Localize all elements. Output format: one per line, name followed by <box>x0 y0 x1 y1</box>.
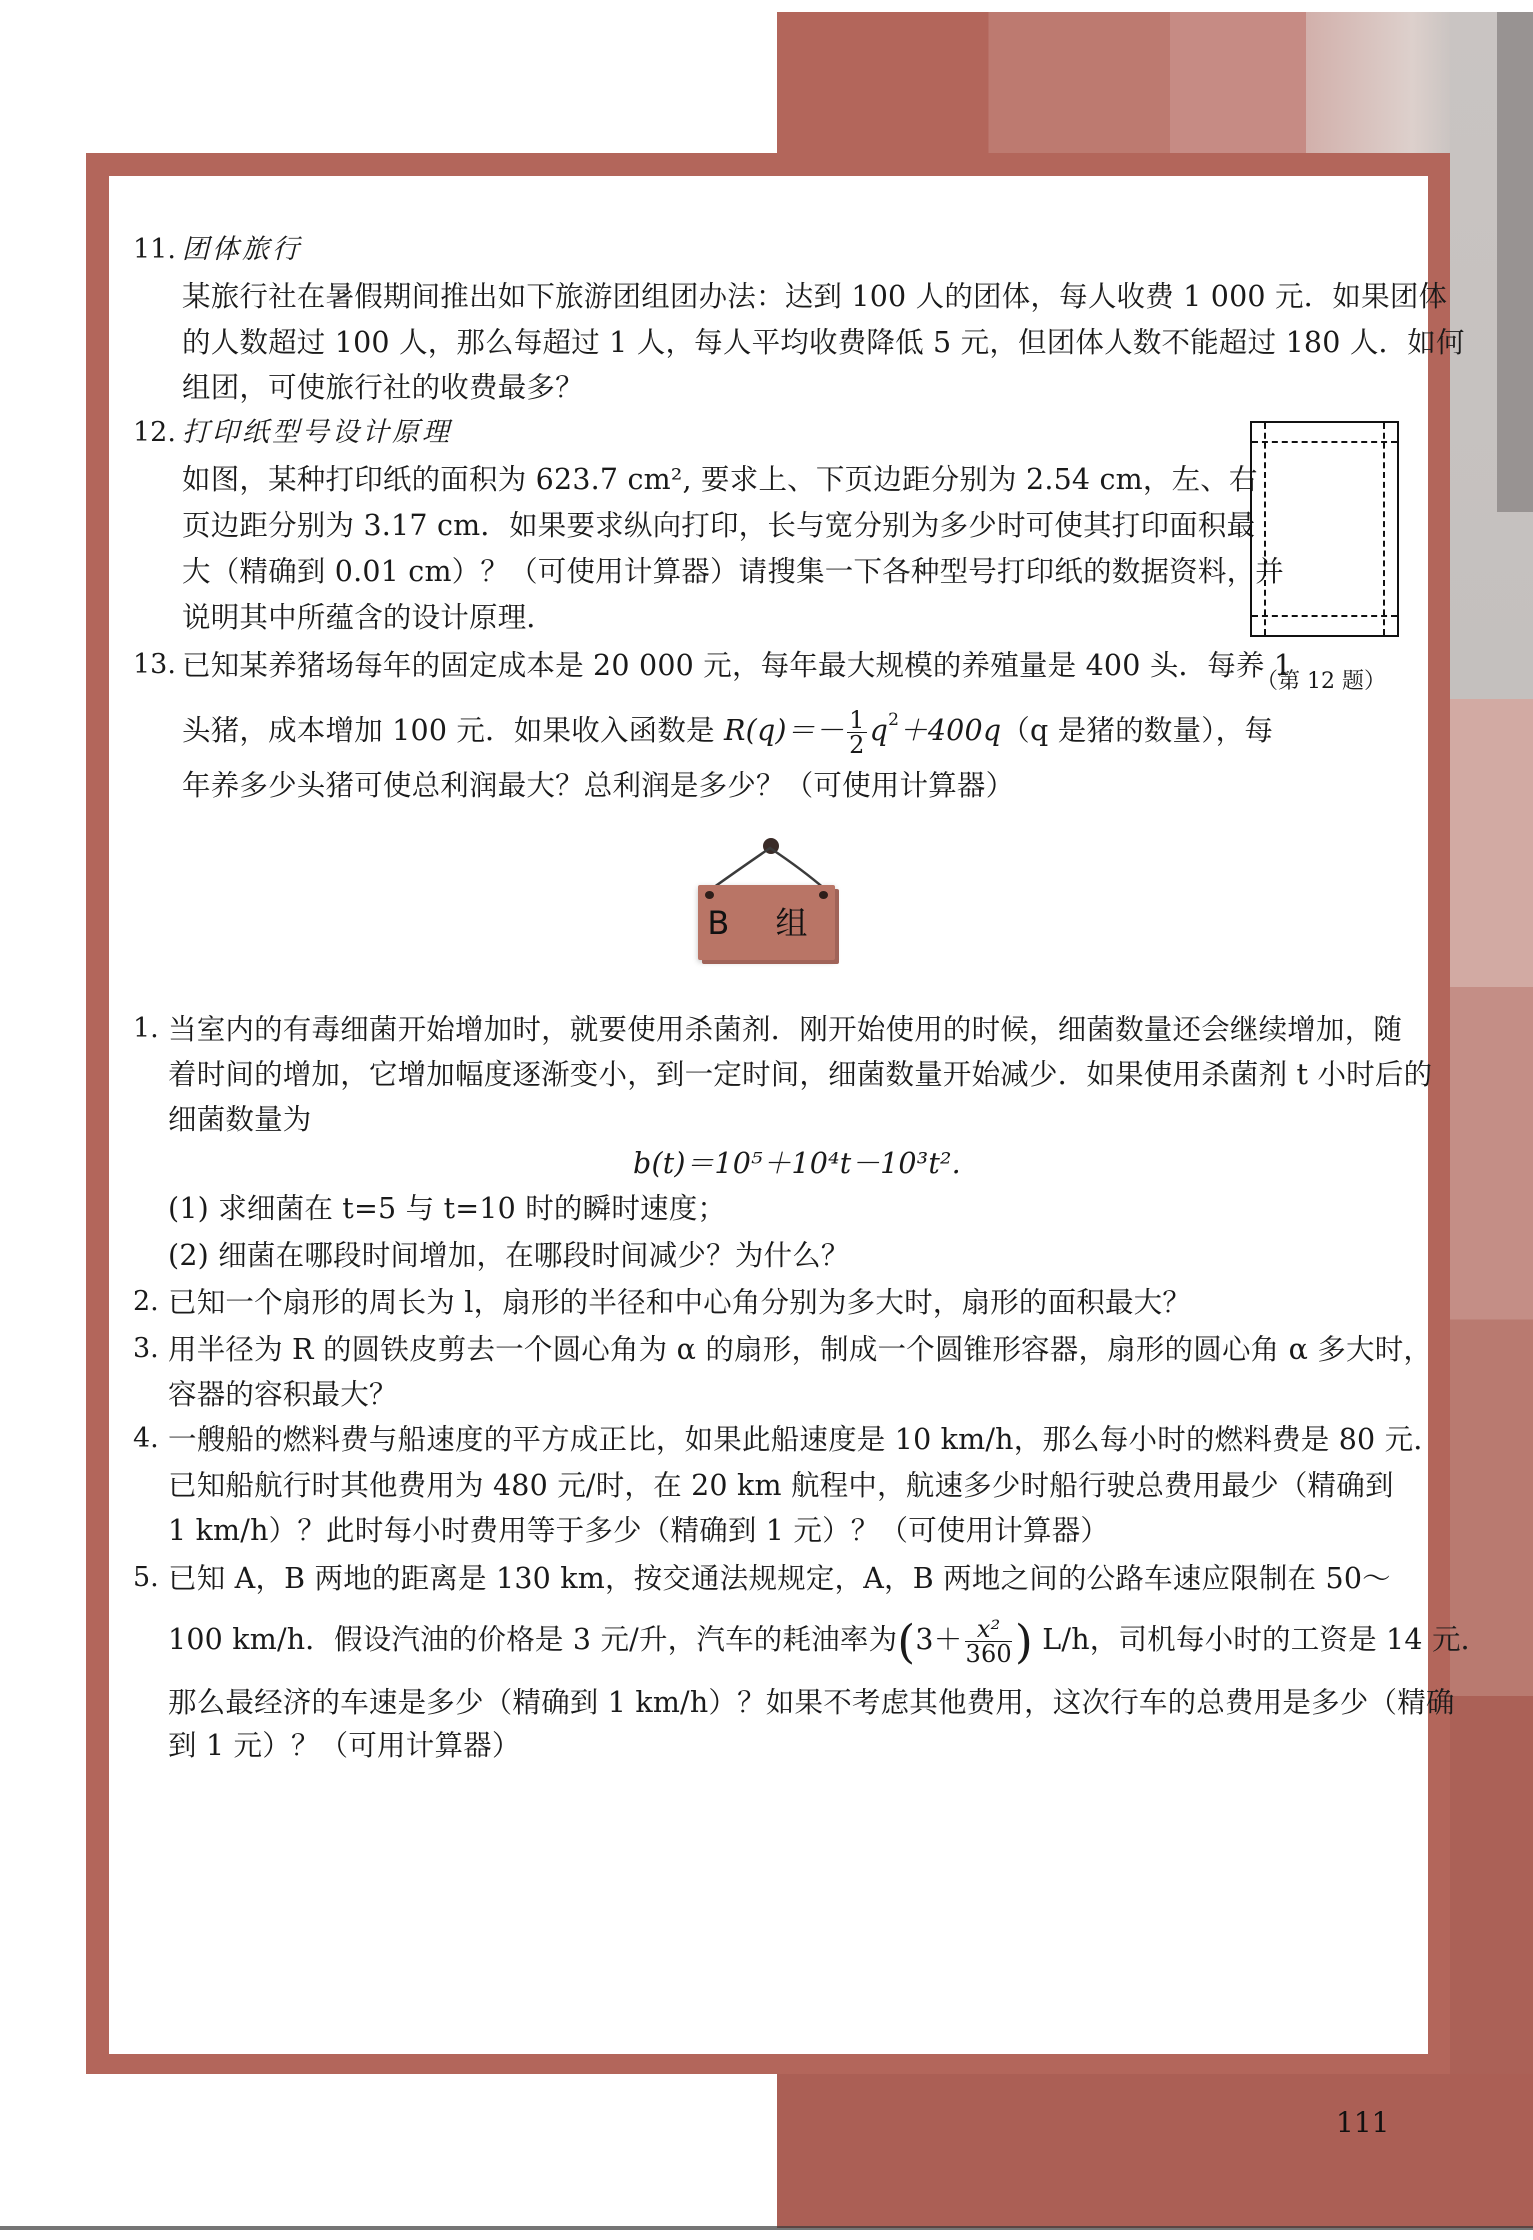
problem-line: 说明其中所蕴含的设计原理． <box>182 602 555 634</box>
problem-line: 大（精确到 0.01 cm）？（可使用计算器）请搜集一下各种型号打印纸的数据资料… <box>182 556 1284 588</box>
problem-line: 如图，某种打印纸的面积为 623.7 cm², 要求上、下页边距分别为 2.54… <box>182 464 1258 496</box>
problem-line: 到 1 元）？（可用计算器） <box>168 1730 521 1762</box>
problem-line-with-formula: 100 km/h．假设汽油的价格是 3 元/升，汽车的耗油率为(3＋x²360)… <box>168 1612 1489 1668</box>
bottom-margin-line <box>1252 615 1397 617</box>
problem-line: 用半径为 R 的圆铁皮剪去一个圆心角为 α 的扇形，制成一个圆锥形容器，扇形的圆… <box>168 1334 1432 1366</box>
right-paren: ) <box>1015 1615 1033 1669</box>
fraction-one-half: 12 <box>847 708 866 757</box>
problem-line: 已知某养猪场每年的固定成本是 20 000 元，每年最大规模的养殖量是 400 … <box>182 650 1292 682</box>
problem-number: 12. <box>133 418 176 448</box>
subpart: (1) 求细菌在 t=5 与 t=10 时的瞬时速度； <box>168 1193 726 1225</box>
problem-line: 1 km/h）？此时每小时费用等于多少（精确到 1 元）？（可使用计算器） <box>168 1515 1109 1547</box>
left-paren: ( <box>897 1615 915 1669</box>
constant-three: 3＋ <box>915 1623 962 1656</box>
subpart: (2) 细菌在哪段时间增加，在哪段时间减少？为什么？ <box>168 1240 850 1272</box>
problem-line: 组团，可使旅行社的收费最多？ <box>182 372 584 404</box>
decorative-bottom-band <box>777 2074 1533 2228</box>
problem-line: 着时间的增加，它增加幅度逐渐变小，到一定时间，细菌数量开始减少．如果使用杀菌剂 … <box>168 1059 1432 1091</box>
sign-hole <box>819 891 828 899</box>
problem-number: 11. <box>133 235 176 265</box>
right-margin-line <box>1383 423 1385 635</box>
page-edge-line <box>0 2226 1533 2230</box>
problem-number: 4. <box>133 1424 159 1454</box>
problem-line: 当室内的有毒细菌开始增加时，就要使用杀菌剂．刚开始使用的时候，细菌数量还会继续增… <box>168 1014 1402 1046</box>
problem-line: 已知一个扇形的周长为 l，扇形的半径和中心角分别为多大时，扇形的面积最大？ <box>168 1287 1191 1319</box>
decorative-right-edge-shadow <box>1497 12 1533 512</box>
problem-line: 那么最经济的车速是多少（精确到 1 km/h）？如果不考虑其他费用，这次行车的总… <box>168 1687 1455 1719</box>
bacteria-formula: b(t)＝10⁵＋10⁴t－10³t². <box>633 1148 961 1180</box>
fraction-x-squared-over-360: x²360 <box>965 1617 1011 1666</box>
top-margin-line <box>1252 441 1397 443</box>
problem-line-with-formula: 头猪，成本增加 100 元．如果收入函数是 R(q)＝－12q2＋400q（q … <box>182 708 1273 757</box>
problem-number: 2. <box>133 1287 159 1317</box>
text: （q 是猪的数量），每 <box>1001 714 1273 747</box>
text: L/h，司机每小时的工资是 14 元． <box>1033 1623 1489 1656</box>
numerator: 1 <box>847 708 866 733</box>
problem-number: 1. <box>133 1014 159 1044</box>
problem-line: 一艘船的燃料费与船速度的平方成正比，如果此船速度是 10 km/h，那么每小时的… <box>168 1424 1442 1456</box>
revenue-formula-lhs: R(q)＝－ <box>724 714 844 747</box>
problem-title: 团体旅行 <box>182 235 302 265</box>
section-b-label: B 组 <box>698 903 835 943</box>
problem-line: 年养多少头猪可使总利润最大？总利润是多少？（可使用计算器） <box>182 770 1014 802</box>
problem-line: 页边距分别为 3.17 cm．如果要求纵向打印，长与宽分别为多少时可使其打印面积… <box>182 510 1255 542</box>
formula-rest: ＋400q <box>899 714 1001 747</box>
sign-hole <box>705 891 714 899</box>
text: 头猪，成本增加 100 元．如果收入函数是 <box>182 714 724 747</box>
section-b-sign: B 组 <box>698 885 835 960</box>
problem-line: 容器的容积最大？ <box>168 1379 398 1411</box>
denominator: 360 <box>965 1642 1011 1666</box>
problem-line: 已知 A，B 两地的距离是 130 km，按交通法规规定，A，B 两地之间的公路… <box>168 1563 1391 1595</box>
variable-q: q <box>870 714 888 747</box>
denominator: 2 <box>847 733 866 757</box>
paper-margin-diagram <box>1250 421 1399 637</box>
left-margin-line <box>1264 423 1266 635</box>
page-number: 111 <box>1336 2107 1389 2139</box>
text: 100 km/h．假设汽油的价格是 3 元/升，汽车的耗油率为 <box>168 1623 897 1656</box>
problem-line: 某旅行社在暑假期间推出如下旅游团组团办法：达到 100 人的团体，每人收费 1 … <box>182 281 1447 313</box>
problem-line: 已知船航行时其他费用为 480 元/时，在 20 km 航程中，航速多少时船行驶… <box>168 1470 1394 1502</box>
problem-line: 的人数超过 100 人，那么每超过 1 人，每人平均收费降低 5 元，但团体人数… <box>182 327 1465 359</box>
problem-number: 5. <box>133 1563 159 1593</box>
problem-line: 细菌数量为 <box>168 1104 312 1136</box>
problem-title: 打印纸型号设计原理 <box>182 418 452 448</box>
problem-number: 13. <box>133 650 176 680</box>
problem-number: 3. <box>133 1334 159 1364</box>
numerator: x² <box>965 1617 1011 1642</box>
